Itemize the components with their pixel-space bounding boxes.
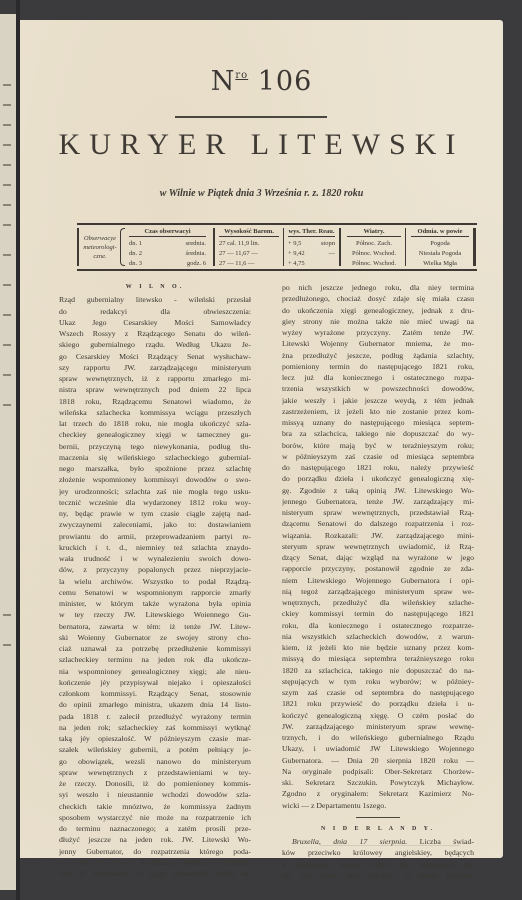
- text-line: go obowiązek, wezsli nanowo do ministery…: [59, 756, 251, 767]
- therm-unit: —: [329, 249, 336, 259]
- text-line: la wielu archiwów. Wszystko to podał Rzą…: [59, 576, 251, 587]
- text-line: ma być około 300. Słychać, iż strona pow…: [282, 870, 474, 881]
- barometer-value: 27 — 11,6 —: [215, 259, 283, 269]
- text-line: do terminu naznaczonego; a zatém prosili…: [59, 823, 251, 834]
- text-line: ckiey kommissyi termin do następującego …: [282, 608, 474, 619]
- text-line: sposobem wystarczyć nie może na rozpatrz…: [59, 812, 251, 823]
- text-line: zastrzeżeniem, iż jeżeli kto nie zostani…: [282, 406, 474, 417]
- text-line: checkiey genealogiczney xięgi w tameczne…: [59, 429, 251, 440]
- newspaper-page: Nro 106 KURYER LITEWSKI w Wilnie w Piąte…: [20, 20, 503, 858]
- text-line: pada 1818 r. zalecił przedłużyć wyrażony…: [59, 711, 251, 722]
- text-line: przedłużonego, chociaż dosyć zdaje się m…: [282, 293, 474, 304]
- text-line: w późnieyszym zaś czasie od miesiąca sep…: [282, 451, 474, 462]
- text-line: giey strony nie można także nie mieć uwa…: [282, 316, 474, 327]
- day: dn. 2: [129, 249, 142, 259]
- text-line: cemu Senatowi w wspomnionym rapporcie zm…: [59, 587, 251, 598]
- text-line: trznych, i do wileńskiego gubernialnego …: [282, 732, 474, 743]
- text-line: w tey rzeczy JW. Litewskiego Woiennego G…: [59, 609, 251, 620]
- article-column-left: W I L N O. Rząd gubernialny litewsko - w…: [59, 282, 251, 879]
- text-line: minister, w którym także wyrażona była o…: [59, 598, 251, 609]
- text-line: na jeden rok; szlacheckiey zaś kommissyi…: [59, 722, 251, 733]
- text-line: Na oryginale podpisali: Ober-Sekretarz C…: [282, 766, 474, 777]
- text-line: wia, iż kommissya w ciągu przeszłych trz…: [59, 868, 251, 879]
- text-line: wiązania. Rozkazali: JW. zarządzającego …: [282, 530, 474, 541]
- text-line: go Cesarskiey Mości Rządzący Senat wysłu…: [59, 351, 251, 362]
- text-line: ski Woienny Gubernator ze swojey strony …: [59, 632, 251, 643]
- text-line: dów, z przyczyny popalonych przez nieprz…: [59, 564, 251, 575]
- text-line: nisteryum spraw wewnętrznych, przedstawi…: [282, 507, 474, 518]
- text-line: ków przeciwko królowey angielskiey, będą…: [282, 847, 474, 858]
- issue-number: Nro 106: [20, 66, 503, 97]
- text-line: dłużyć jeszcze na jeden rok. JW. Litewsk…: [59, 834, 251, 845]
- weather-cell: dn. 1srednia.: [125, 239, 210, 249]
- therm-value: + 4,75: [288, 259, 305, 269]
- text-line: prowiantu do armii, przeprowadzaniem par…: [59, 531, 251, 542]
- weather-cell: + 9,5stopn: [284, 239, 339, 249]
- text-line: borów, które mają być w teraźnieyszym ro…: [282, 440, 474, 451]
- text-line: lecz już dla koniecznego i ostatecznego …: [282, 372, 474, 383]
- text-line: skiego gubernialnego rządu. Według Ukazu…: [59, 339, 251, 350]
- text-line: kończyć genealogiczną xięgę. O czém posł…: [282, 710, 474, 721]
- text-line: jennego Gubernatora, tenże JW. zarządzaj…: [282, 496, 474, 507]
- weather-label: Obserwacye meteorologi- czne.: [77, 228, 121, 266]
- text-line: Rząd gubernialny litewsko - wileński prz…: [59, 294, 251, 305]
- weather-cell: dn. 3godz. 6: [125, 259, 210, 269]
- text-line: 1820 za szlachcica, takiego nie dopuszcz…: [282, 665, 474, 676]
- text-line: nia wspomnioney genealogiczney xięgi; al…: [59, 666, 251, 677]
- section-heading-wilno: W I L N O.: [59, 282, 251, 293]
- weather-cell: + 4,75: [284, 259, 339, 269]
- sky-value: Niestała Pogoda: [407, 249, 473, 259]
- text-line: lat trzech do 1818 roku, nie mogła ukońc…: [59, 418, 251, 429]
- time: srednia.: [186, 239, 206, 249]
- text-line: kiem, iż jeżeli kto nie będzie uznany pr…: [282, 642, 474, 653]
- text-line: szym zaś czasie od septembra do następuj…: [282, 687, 474, 698]
- text-line: nia wszystkich szlacheckich dowodów, z w…: [282, 631, 474, 642]
- text-line: kruckich i t. d., niemniey też szlachta …: [59, 542, 251, 553]
- time: godz. 6: [187, 259, 206, 269]
- text-line: Gubernatora. — Dnia 20 sierpnia 1820 rok…: [282, 755, 474, 766]
- issue-prefix-sup: ro: [235, 70, 248, 81]
- text-line: missyą do miesiąca septembra teraźnieysz…: [282, 653, 474, 664]
- text-line: członkom kommissyi. Rządzący Senat, stos…: [59, 688, 251, 699]
- weather-label-line: Obserwacye: [84, 234, 116, 243]
- section-heading-niderlandy: N I D E R L A N D Y.: [282, 824, 474, 835]
- text-line: bra za szlachcica, takiego nie dopuszcza…: [282, 428, 474, 439]
- text-line: gę. Zgodnie z taką opinią JW. Litewskieg…: [282, 485, 474, 496]
- time: średnia.: [186, 249, 206, 259]
- text-line: checkich takie mnóztwo, że kommissya żad…: [59, 801, 251, 812]
- text-line: ski. Sekretarz Szczukin. Powytczyk Micha…: [282, 777, 474, 788]
- weather-col-wind: Wiatry. Północ. Zach. Północ. Wschod. Pó…: [343, 228, 406, 266]
- sky-value: Wielka Mgła: [407, 259, 473, 269]
- text-line: nego marszałka, było spoźnione przez szl…: [59, 463, 251, 474]
- text-line: Wszech Rossyy z Rządzącego Senatu do wil…: [59, 328, 251, 339]
- wind-value: Północ. Wschod.: [343, 249, 405, 259]
- text-line: wileńska szlachecka kommissya wciągu prz…: [59, 407, 251, 418]
- text-line: nią tegoż zarządzającego ministeryum spr…: [282, 586, 474, 597]
- article-column-right: po nich jeszcze jednego roku, dla niey t…: [282, 282, 474, 881]
- weather-col-thermometer: wys. Ther. Reau. + 9,5stopn + 9,42— + 4,…: [284, 228, 341, 266]
- text-line: do porządku dzieła i ukończyć genealogic…: [282, 473, 474, 484]
- issue-number-value: 106: [258, 66, 313, 97]
- text-line: ciaż uznawał za potrzebę przedłużenie ko…: [59, 643, 251, 654]
- text-line: wyżey wyrażone przyczyny. Zatém tenże JW…: [282, 327, 474, 338]
- issue-prefix: N: [211, 66, 236, 97]
- barometer-value: 27 — 11,67 —: [215, 249, 283, 259]
- text-line: kończenie jéy przypisywał niejako i opie…: [59, 677, 251, 688]
- text-line: do ukończenia xięgi genealogiczney, jedn…: [282, 305, 474, 316]
- text-line: dzący Senat, dając wzgląd na wyrażone w …: [282, 552, 474, 563]
- text-line: tecznić wcześnie dla wydarzoney 1812 rok…: [59, 497, 251, 508]
- text-line: Litewski Wojenny Gubernator mniema, że m…: [282, 338, 474, 349]
- text-line: zwyczaynemi zaleceniami, jako to: dostaw…: [59, 519, 251, 530]
- text-line: dzącemu Senatowi do dalszego rozpatrzeni…: [282, 518, 474, 529]
- weather-header-barometer: Wysokość Barom.: [219, 228, 279, 237]
- text-line: złożenie wspomnioney kommissyi dowodów o…: [59, 474, 251, 485]
- text-line: do opinii zmarłego ministra, ukazem dnia…: [59, 699, 251, 710]
- weather-col-barometer: Wysokość Barom. 27 cal. 11,9 lin. 27 — 1…: [213, 228, 284, 266]
- weather-cell: + 9,42—: [284, 249, 339, 259]
- text-line: missyą uznany do następującego miesiąca …: [282, 417, 474, 428]
- text-line: ny, będąc prawie w tym czasie ciągle zaj…: [59, 508, 251, 519]
- text-line: wnętrznych, przedłużyć dla wileńskiey sz…: [282, 597, 474, 608]
- weather-cell: dn. 2średnia.: [125, 249, 210, 259]
- text-line: maczenia się wileńskiego szlacheckiego g…: [59, 452, 251, 463]
- text-line: jakie weszły i jakie jeszcze weydą, z té…: [282, 395, 474, 406]
- text-line: roku, dla koniecznego i ostatecznego roz…: [282, 620, 474, 631]
- text-line: wała trudność i w wynalezieniu swoich do…: [59, 553, 251, 564]
- therm-unit: stopn: [321, 239, 335, 249]
- dateline: w Wilnie w Piątek dnia 3 Września r. z. …: [20, 188, 503, 199]
- text-line: niem Litewskiego Wojennego Gubernatora i…: [282, 575, 474, 586]
- weather-col-time: Czas obserwacyi dn. 1srednia. dn. 2średn…: [125, 228, 210, 266]
- text-line: steryum spraw wewnętrznych uwiadomić, iż…: [282, 541, 474, 552]
- text-line: taką jéy opieszałość. W późnieyszym czas…: [59, 733, 251, 744]
- weather-label-line: meteorologi-: [83, 243, 116, 252]
- weather-table: Obserwacye meteorologi- czne. Czas obser…: [77, 223, 477, 271]
- weather-header-thermometer: wys. Ther. Reau.: [288, 228, 335, 237]
- text-line: Ukaz Jego Cesarskiey Mości Samowładcy: [59, 317, 251, 328]
- text-line: syi weszło i nieustannie wchodzi dowodów…: [59, 789, 251, 800]
- text-line: do następującego 1821 roku, należy przyw…: [282, 462, 474, 473]
- section-separator: [356, 817, 400, 818]
- wind-value: Północ. Wschod.: [343, 259, 405, 269]
- therm-value: + 9,5: [288, 239, 301, 249]
- article-wilno-continued: po nich jeszcze jednego roku, dla niey t…: [282, 282, 474, 811]
- weather-col-sky: Odmia. w powie Pogoda Niestała Pogoda Wi…: [407, 228, 476, 266]
- text-line: w Hollandyi, wynosi blisko 80. Wszystkic…: [282, 859, 474, 870]
- text-line: trzenia wszystkich w powszechności dowod…: [282, 383, 474, 394]
- text-line: jenny Gubernator, do rozpatrzenia któreg…: [59, 846, 251, 857]
- text-line: na była ta nowa wydarzona trudność, prze…: [59, 857, 251, 868]
- text-line: wicki — z Departamentu 1szego.: [282, 800, 474, 811]
- weather-header-time: Czas obserwacyi: [129, 228, 206, 237]
- wind-value: Północ. Zach.: [343, 239, 405, 249]
- text-line: bernii, przyczyną tego niewykonania, pod…: [59, 441, 251, 452]
- text-line: stępujących w tym roku wyborów; w późnie…: [282, 676, 474, 687]
- text-line: jey urodzonności; szlachta zaś nie mogła…: [59, 486, 251, 497]
- text-line: Ukazy, i uwiadomić JW Litewskiego Wojenn…: [282, 743, 474, 754]
- article-niderlandy-body: Bruxella, dnia 17 sierpnia. Liczba świad…: [282, 836, 474, 881]
- text-line: szałek wileńskiey gubernii, a potém pełn…: [59, 744, 251, 755]
- text-line: JW. zarządzającego ministeryum spraw wew…: [282, 721, 474, 732]
- text-line: spraw wewnętrznych, iż z rapportu zmarłe…: [59, 373, 251, 384]
- text-line: Zgodno z oryginałem: Sekretarz Kazimierz…: [282, 788, 474, 799]
- text-line: po nich jeszcze jednego roku, dla niey t…: [282, 282, 474, 293]
- text-line: 1821 roku przywieść do porządku dzieła i…: [282, 698, 474, 709]
- text-line: pomieniony termin do następującego 1821 …: [282, 361, 474, 372]
- text-line: bernatora, zawarta w tém: iż tenże JW. L…: [59, 621, 251, 632]
- text-line: że rzeczy. Donosili, iż do pomienioney k…: [59, 778, 251, 789]
- text-line: do redakcyi dla obwieszczenia:: [59, 306, 251, 317]
- text-line: szlacheckiey terminu na jeden rok dla uk…: [59, 654, 251, 665]
- day: dn. 3: [129, 259, 142, 269]
- text-line: nistra spraw wewnętrznych pod dniem 22 l…: [59, 384, 251, 395]
- text-line: szy rapportu JW. zarządzającego minister…: [59, 362, 251, 373]
- barometer-value: 27 cal. 11,9 lin.: [215, 239, 283, 249]
- text-line: 1818 roku, Rządzącemu Senatowi wiadomo, …: [59, 396, 251, 407]
- sky-value: Pogoda: [407, 239, 473, 249]
- newspaper-title: KURYER LITEWSKI: [20, 128, 503, 162]
- text-line: żna przedłużyć jeszcze, podług żądania s…: [282, 350, 474, 361]
- day: dn. 1: [129, 239, 142, 249]
- article-wilno-body: Rząd gubernialny litewsko - wileński prz…: [59, 294, 251, 879]
- masthead-rule: [175, 116, 327, 118]
- text-line: rapporcie przyczyny, postanowił zgodnie …: [282, 563, 474, 574]
- bleed-through-text: [320, 845, 460, 846]
- weather-header-sky: Odmia. w powie: [411, 228, 469, 237]
- weather-header-wind: Wiatry.: [347, 228, 401, 237]
- weather-label-line: czne.: [93, 252, 106, 261]
- text-line: spraw wewnętrznych z przedstawieniami w …: [59, 767, 251, 778]
- therm-value: + 9,42: [288, 249, 305, 259]
